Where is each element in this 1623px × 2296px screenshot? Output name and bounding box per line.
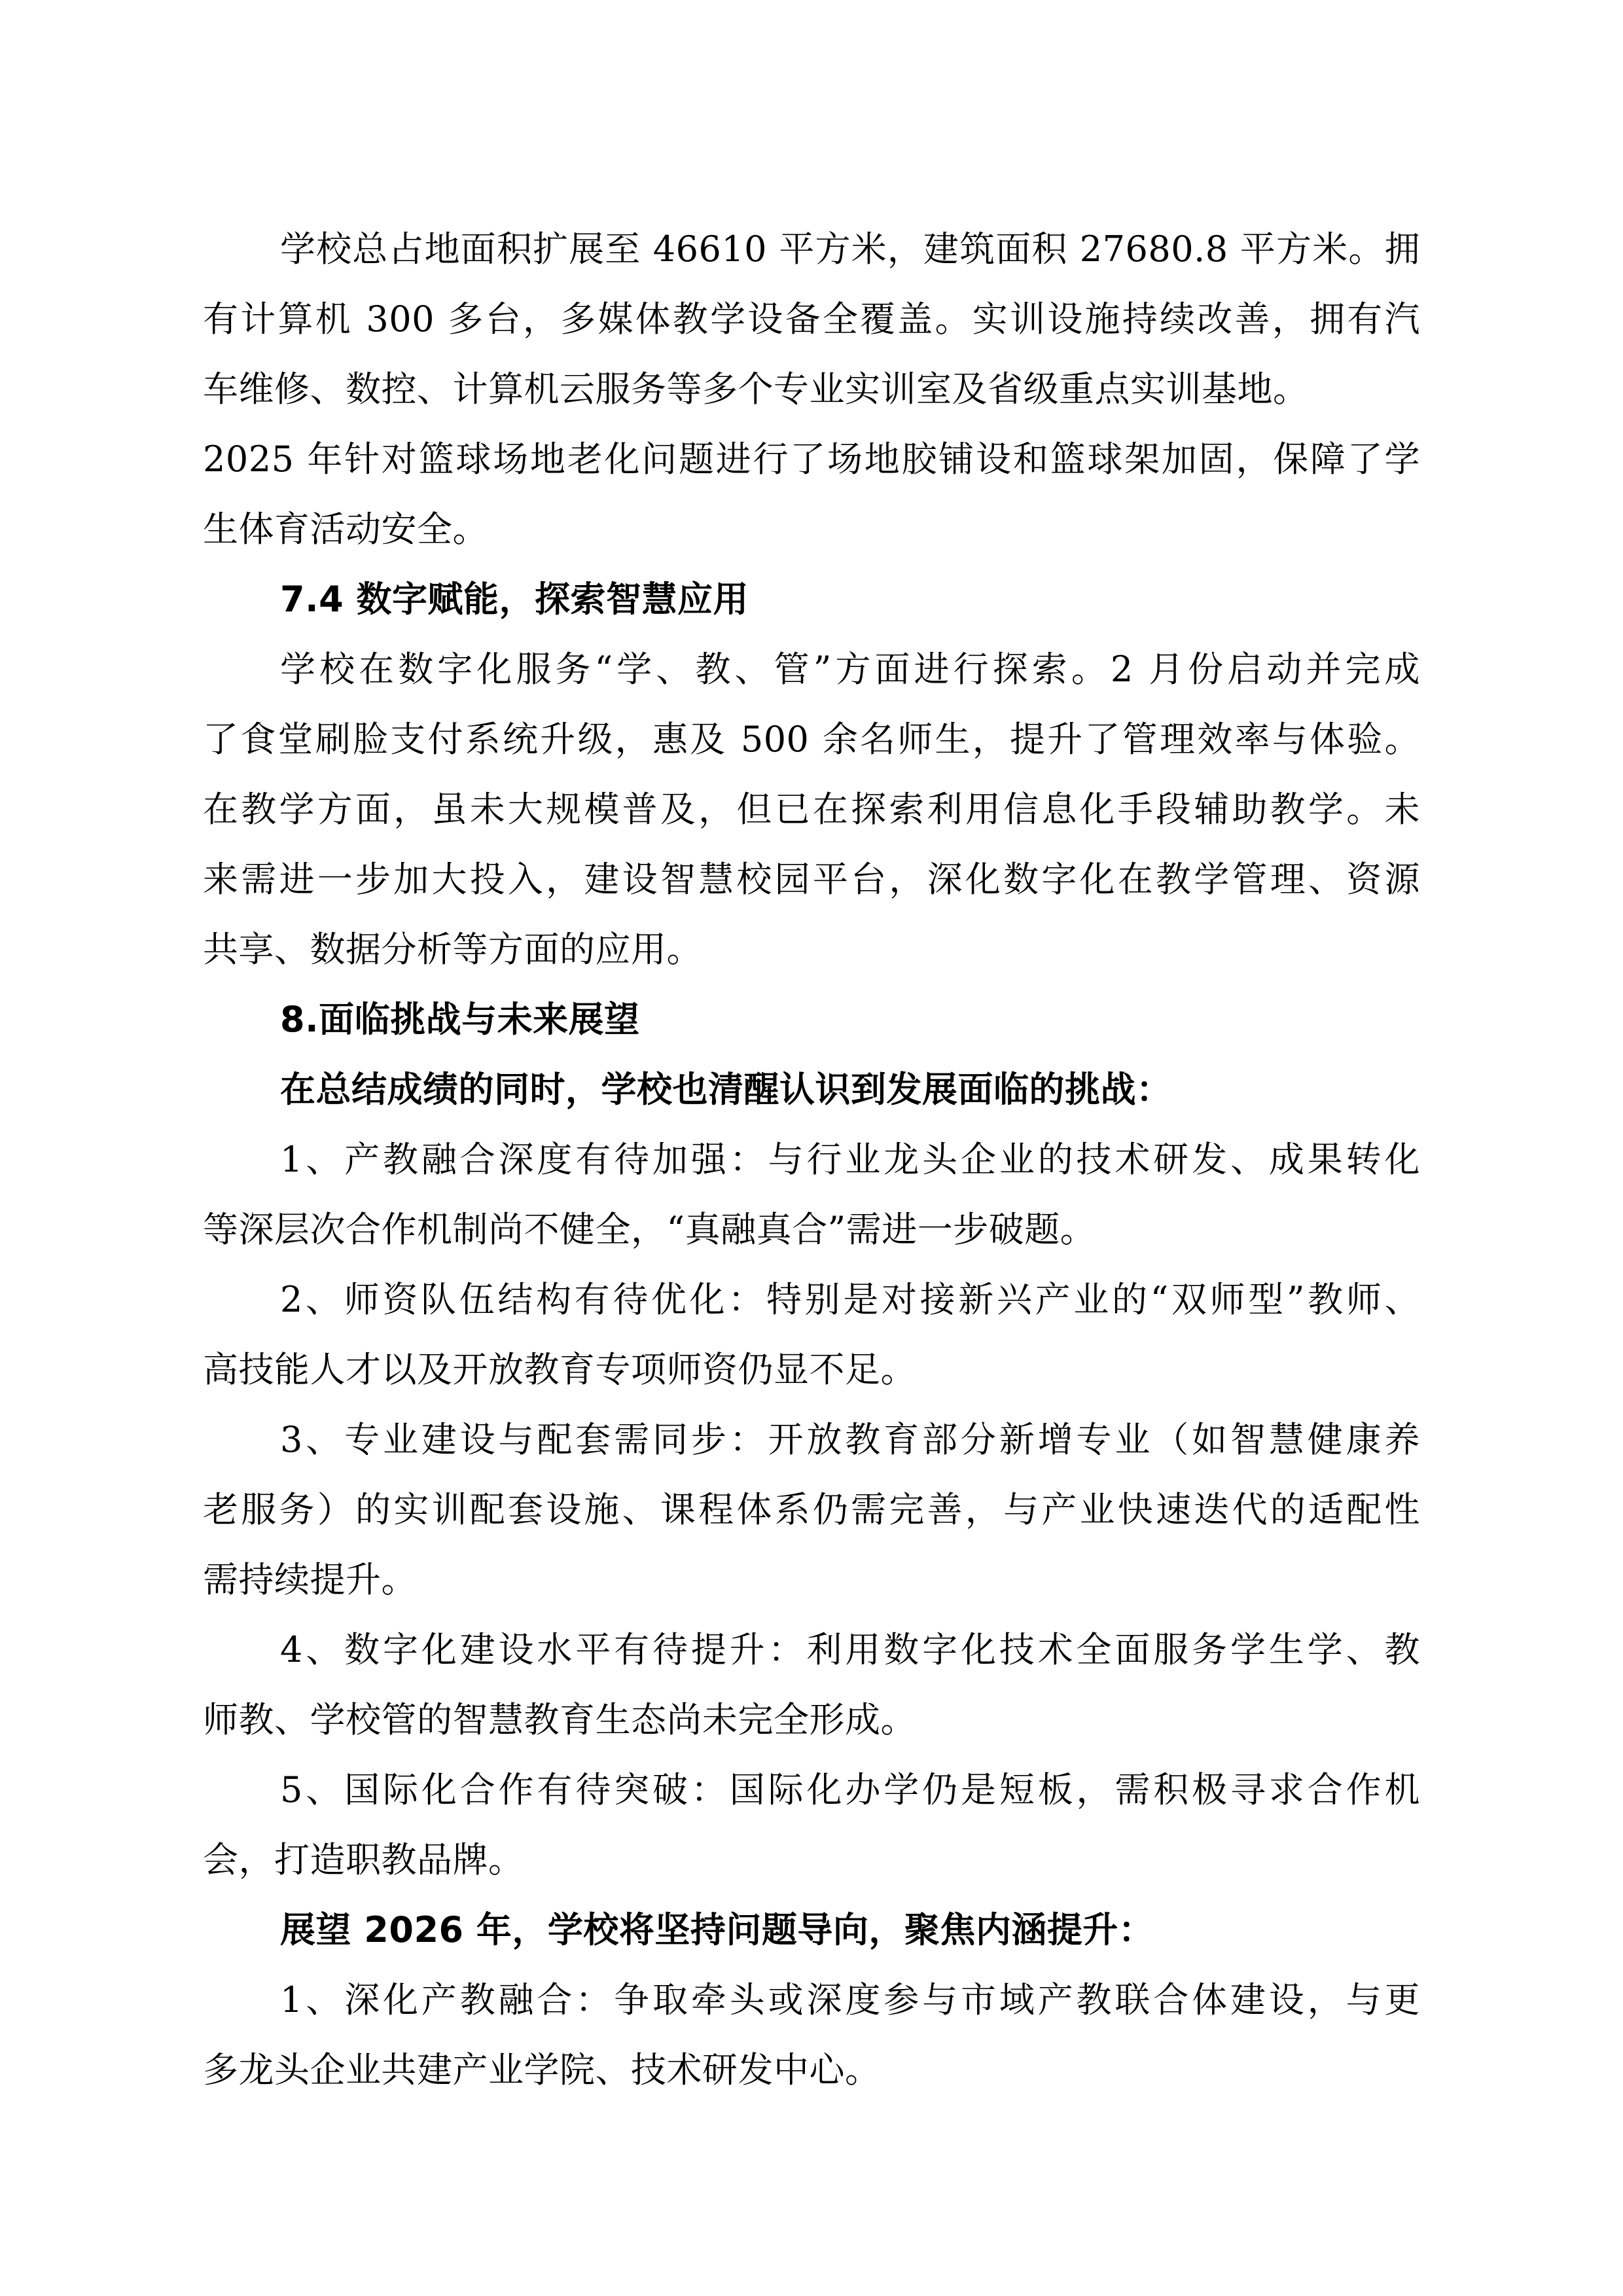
challenge-5-line-2: 会，打造职教品牌。 — [203, 1825, 1420, 1895]
paragraph-facilities-line-5: 生体育活动安全。 — [203, 494, 1420, 564]
paragraph-digital-line-1: 学校在数字化服务“学、教、管”方面进行探索。2 月份启动并完成 — [280, 634, 1420, 704]
paragraph-digital-line-3: 在教学方面，虽未大规模普及，但已在探索利用信息化手段辅助教学。未 — [203, 774, 1420, 844]
section-heading-8: 8.面临挑战与未来展望 — [280, 984, 1420, 1054]
challenge-2-line-2: 高技能人才以及开放教育专项师资仍显不足。 — [203, 1335, 1420, 1405]
paragraph-digital-line-4: 来需进一步加大投入，建设智慧校园平台，深化数字化在教学管理、资源 — [203, 844, 1420, 914]
outlook-1-line-2: 多龙头企业共建产业学院、技术研发中心。 — [203, 2035, 1420, 2105]
challenge-5-line-1: 5、国际化合作有待突破：国际化办学仍是短板，需积极寻求合作机 — [280, 1755, 1420, 1825]
challenge-1-line-2: 等深层次合作机制尚不健全，“真融真合”需进一步破题。 — [203, 1194, 1420, 1265]
challenge-4-line-1: 4、数字化建设水平有待提升：利用数字化技术全面服务学生学、教 — [280, 1615, 1420, 1685]
paragraph-facilities-line-2: 有计算机 300 多台，多媒体教学设备全覆盖。实训设施持续改善，拥有汽 — [203, 284, 1420, 354]
challenges-intro: 在总结成绩的同时，学校也清醒认识到发展面临的挑战： — [280, 1054, 1420, 1124]
challenge-3-line-2: 老服务）的实训配套设施、课程体系仍需完善，与产业快速迭代的适配性 — [203, 1475, 1420, 1545]
outlook-1-line-1: 1、深化产教融合：争取牵头或深度参与市域产教联合体建设，与更 — [280, 1965, 1420, 2035]
paragraph-digital-line-2: 了食堂刷脸支付系统升级，惠及 500 余名师生，提升了管理效率与体验。 — [203, 704, 1420, 774]
challenge-2-line-1: 2、师资队伍结构有待优化：特别是对接新兴产业的“双师型”教师、 — [280, 1265, 1420, 1335]
challenge-1-line-1: 1、产教融合深度有待加强：与行业龙头企业的技术研发、成果转化 — [280, 1124, 1420, 1194]
challenge-3-line-3: 需持续提升。 — [203, 1545, 1420, 1615]
challenge-3-line-1: 3、专业建设与配套需同步：开放教育部分新增专业（如智慧健康养 — [280, 1405, 1420, 1475]
document-page: 学校总占地面积扩展至 46610 平方米，建筑面积 27680.8 平方米。拥 … — [0, 0, 1623, 2296]
outlook-intro: 展望 2026 年，学校将坚持问题导向，聚焦内涵提升： — [280, 1895, 1420, 1965]
paragraph-digital-line-5: 共享、数据分析等方面的应用。 — [203, 914, 1420, 984]
challenge-4-line-2: 师教、学校管的智慧教育生态尚未完全形成。 — [203, 1685, 1420, 1755]
paragraph-facilities-line-1: 学校总占地面积扩展至 46610 平方米，建筑面积 27680.8 平方米。拥 — [280, 214, 1420, 284]
paragraph-facilities-line-4: 2025 年针对篮球场地老化问题进行了场地胶铺设和篮球架加固，保障了学 — [203, 424, 1420, 494]
paragraph-facilities-line-3: 车维修、数控、计算机云服务等多个专业实训室及省级重点实训基地。 — [203, 354, 1420, 424]
section-heading-7-4: 7.4 数字赋能，探索智慧应用 — [280, 564, 1420, 634]
